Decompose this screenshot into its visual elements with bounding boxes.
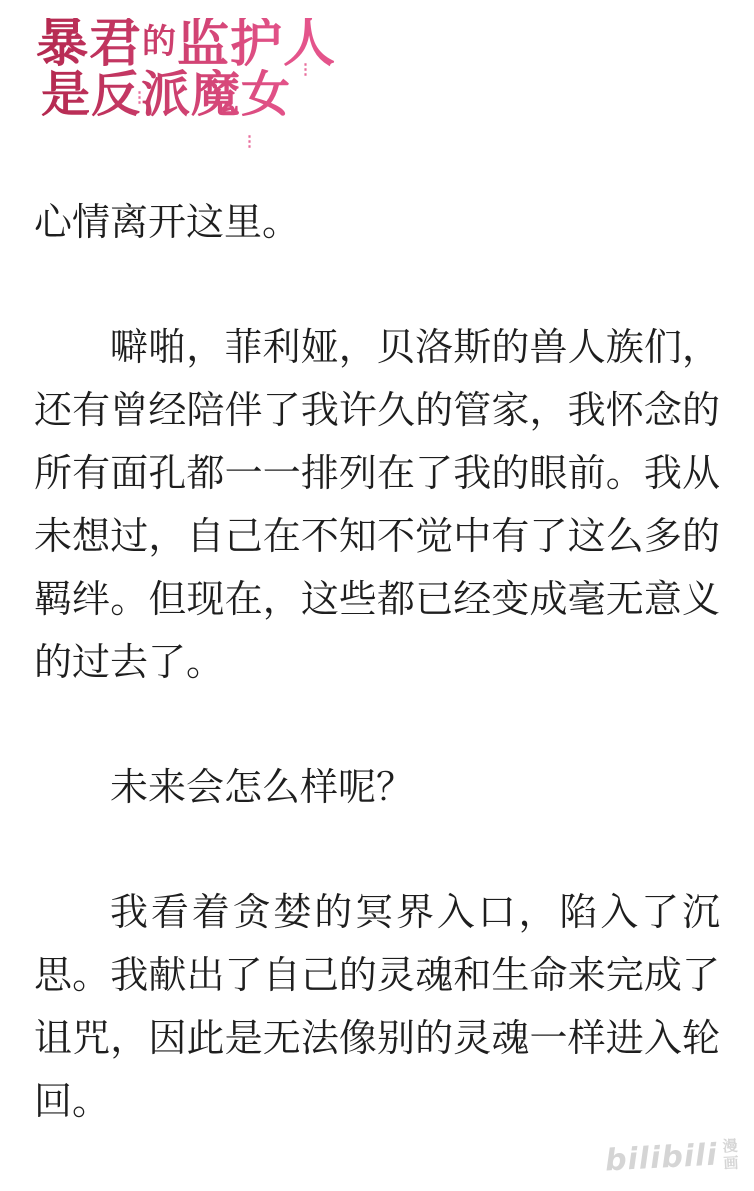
series-title-line1-left: 暴君 (36, 16, 142, 73)
series-title-line1-small: 的 (142, 24, 177, 61)
paragraph: 未来会怎么样呢？ (34, 757, 720, 820)
paragraph: 噼啪，菲利娅，贝洛斯的兽人族们，还有曾经陪伴了我许久的管家，我怀念的所有面孔都一… (34, 317, 720, 695)
text-line: 羁绊。但现在，这些都已经变成毫无意义 (34, 569, 720, 632)
series-title-logo: 暴君的监护人 是反派魔女 ⋮ ⋮ ⋮ (36, 18, 336, 120)
logo-dots-decoration: ⋮ (298, 64, 313, 76)
story-text: 心情离开这里。噼啪，菲利娅，贝洛斯的兽人族们，还有曾经陪伴了我许久的管家，我怀念… (34, 192, 720, 1134)
manhua-watermark-label: 漫画 (721, 1137, 739, 1172)
text-line: 未想过，自己在不知不觉中有了这么多的 (34, 506, 720, 569)
text-line: 的过去了。 (34, 632, 720, 695)
bilibili-watermark: bilibili 漫画 (604, 1137, 739, 1179)
text-line: 回。 (34, 1071, 720, 1134)
text-line: 噼啪，菲利娅，贝洛斯的兽人族们， (34, 317, 720, 380)
series-title-line1: 暴君的监护人 (36, 18, 336, 73)
text-line: 我看着贪婪的冥界入口，陷入了沉 (34, 882, 720, 945)
text-line: 还有曾经陪伴了我许久的管家，我怀念的 (34, 380, 720, 443)
text-line: 诅咒，因此是无法像别的灵魂一样进入轮 (34, 1008, 720, 1071)
text-line: 所有面孔都一一排列在了我的眼前。我从 (34, 443, 720, 506)
paragraph: 我看着贪婪的冥界入口，陷入了沉思。我献出了自己的灵魂和生命来完成了诅咒，因此是无… (34, 882, 720, 1134)
text-line: 心情离开这里。 (34, 192, 720, 255)
logo-dots-decoration: ⋮ (242, 136, 257, 148)
text-line: 思。我献出了自己的灵魂和生命来完成了 (34, 945, 720, 1008)
text-line: 未来会怎么样呢？ (34, 757, 720, 820)
logo-dots-decoration: ⋮ (132, 92, 147, 104)
bilibili-logo-text: bilibili (604, 1138, 718, 1179)
paragraph: 心情离开这里。 (34, 192, 720, 255)
series-title-line2: 是反派魔女 (41, 69, 336, 120)
